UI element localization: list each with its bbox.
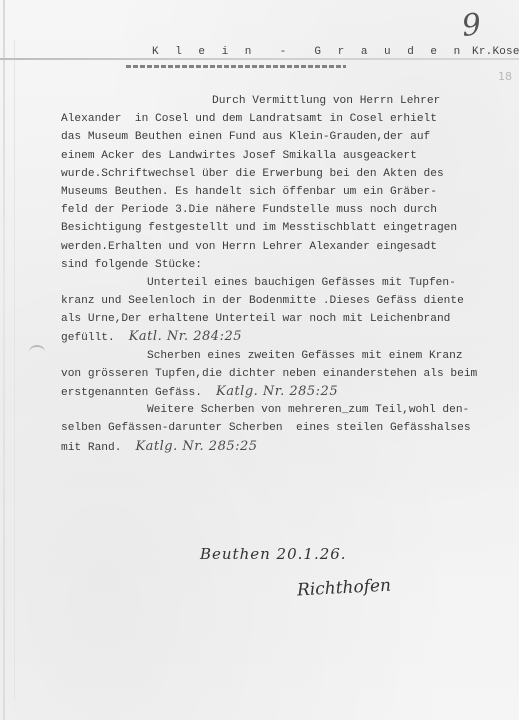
typed-text: Durch Vermittlung von Herrn Lehrer [212, 95, 440, 107]
typed-text: Unterteil eines bauchigen Gefässes mit T… [147, 277, 456, 289]
document-body: Durch Vermittlung von Herrn LehrerAlexan… [61, 92, 491, 456]
typed-text: kranz und Seelenloch in der Bodenmitte .… [61, 295, 464, 307]
paper-edge [3, 0, 5, 720]
text-line: feld der Periode 3.Die nähere Fundstelle… [61, 201, 491, 219]
text-line: gefüllt.Katl. Nr. 284:25 [61, 328, 491, 346]
handwritten-catalog-number: Katlg. Nr. 285:25 [135, 439, 257, 454]
typed-text: gefüllt. [61, 332, 115, 344]
text-line: Besichtigung festgestellt und im Messtis… [61, 219, 491, 237]
text-line: kranz und Seelenloch in der Bodenmitte .… [61, 292, 491, 310]
text-line: wurde.Schriftwechsel über die Erwerbung … [61, 165, 491, 183]
typed-text: mit Rand. [61, 442, 121, 454]
document-page: 9 18 K l e i n - G r a u d e n Kr.Kosel.… [0, 0, 519, 720]
typed-text: als Urne,Der erhaltene Unterteil war noc… [61, 313, 450, 325]
archive-number: 18 [498, 70, 512, 83]
typed-text: das Museum Beuthen einen Fund aus Klein-… [61, 131, 430, 143]
text-line: sind folgende Stücke: [61, 256, 491, 274]
typed-text: sind folgende Stücke: [61, 259, 202, 271]
text-line: Durch Vermittlung von Herrn Lehrer [61, 92, 491, 110]
text-line: Alexander in Cosel und dem Landratsamt i… [61, 110, 491, 128]
typed-text: Museums Beuthen. Es handelt sich öffenba… [61, 186, 437, 198]
typed-text: Weitere Scherben von mehreren_zum Teil,w… [147, 404, 469, 416]
typed-text: feld der Periode 3.Die nähere Fundstelle… [61, 204, 437, 216]
handwritten-page-number: 9 [460, 7, 483, 44]
typed-text: Alexander in Cosel und dem Landratsamt i… [61, 113, 437, 125]
handwritten-catalog-number: Katl. Nr. 284:25 [129, 329, 242, 344]
typed-text: Scherben eines zweiten Gefässes mit eine… [147, 350, 463, 362]
handwritten-place-date: Beuthen 20.1.26. [200, 545, 347, 563]
text-line: mit Rand.Katlg. Nr. 285:25 [61, 438, 491, 456]
text-line: Weitere Scherben von mehreren_zum Teil,w… [61, 401, 491, 419]
heading-underline [126, 65, 346, 68]
punch-hole [29, 345, 45, 359]
text-line: als Urne,Der erhaltene Unterteil war noc… [61, 310, 491, 328]
text-line: werden.Erhalten und von Herrn Lehrer Ale… [61, 238, 491, 256]
typed-text: selben Gefässen-darunter Scherben eines … [61, 422, 471, 434]
heading-place: K l e i n - G r a u d e n [152, 46, 465, 58]
paper-edge-inner [14, 40, 15, 700]
typed-text: von grösseren Tupfen,die dichter neben e… [61, 368, 477, 380]
text-line: Unterteil eines bauchigen Gefässes mit T… [61, 274, 491, 292]
document-heading: K l e i n - G r a u d e n Kr.Kosel. O/S [152, 46, 519, 58]
handwritten-signature: Richthofen [297, 576, 392, 601]
text-line: einem Acker des Landwirtes Josef Smikall… [61, 147, 491, 165]
text-line: das Museum Beuthen einen Fund aus Klein-… [61, 128, 491, 146]
handwritten-catalog-number: Katlg. Nr. 285:25 [216, 384, 338, 399]
paper-fold [0, 58, 519, 60]
typed-text: werden.Erhalten und von Herrn Lehrer Ale… [61, 241, 437, 253]
text-line: Scherben eines zweiten Gefässes mit eine… [61, 347, 491, 365]
typed-text: erstgenannten Gefäss. [61, 387, 202, 399]
heading-district: Kr.Kosel. [472, 46, 519, 58]
text-line: selben Gefässen-darunter Scherben eines … [61, 419, 491, 437]
text-line: Museums Beuthen. Es handelt sich öffenba… [61, 183, 491, 201]
text-line: erstgenannten Gefäss.Katlg. Nr. 285:25 [61, 383, 491, 401]
typed-text: einem Acker des Landwirtes Josef Smikall… [61, 150, 417, 162]
typed-text: Besichtigung festgestellt und im Messtis… [61, 222, 457, 234]
text-line: von grösseren Tupfen,die dichter neben e… [61, 365, 491, 383]
typed-text: wurde.Schriftwechsel über die Erwerbung … [61, 168, 444, 180]
